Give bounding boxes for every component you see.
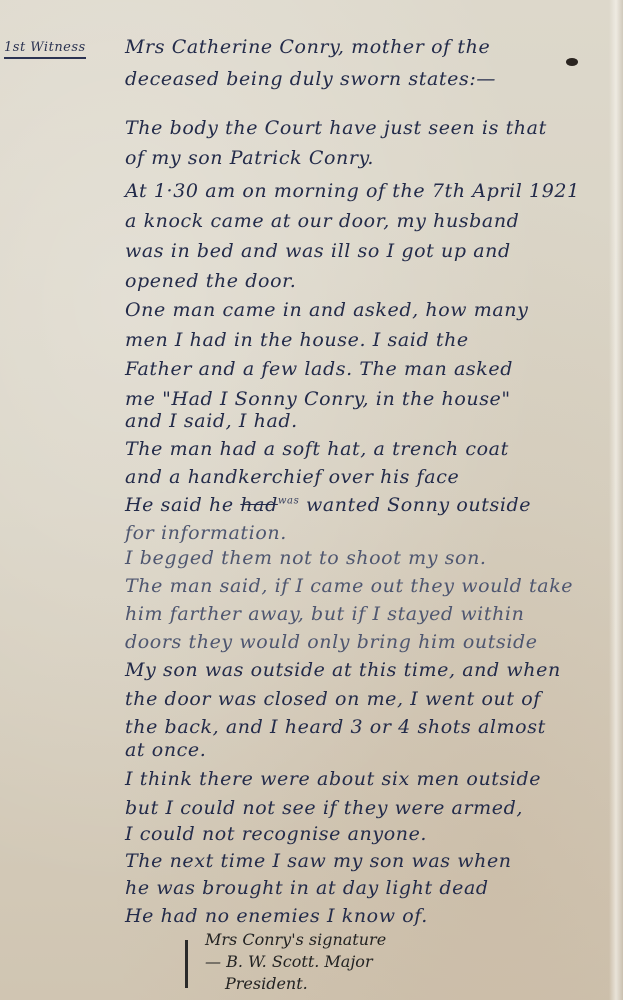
margin-heading: 1st Witness bbox=[4, 40, 86, 59]
signature-line-1: Mrs Conry's signature bbox=[205, 930, 386, 949]
body-line: Father and a few lads. The man asked bbox=[125, 358, 513, 380]
body-line-amended: He said he hadwas wanted Sonny outside bbox=[125, 494, 531, 516]
body-line: a knock came at our door, my husband bbox=[125, 210, 519, 232]
body-line: The next time I saw my son was when bbox=[125, 850, 512, 872]
signature-line-2: — B. W. Scott. Major bbox=[205, 952, 373, 971]
header-line-1: Mrs Catherine Conry, mother of the bbox=[125, 36, 490, 58]
body-line: the door was closed on me, I went out of bbox=[125, 688, 541, 710]
body-line: for information. bbox=[125, 522, 287, 544]
body-line: and I said, I had. bbox=[125, 410, 298, 432]
body-line: I think there were about six men outside bbox=[125, 768, 541, 790]
body-line: One man came in and asked, how many bbox=[125, 299, 528, 321]
body-line: at once. bbox=[125, 739, 206, 761]
body-line: he was brought in at day light dead bbox=[125, 877, 489, 899]
body-line: doors they would only bring him outside bbox=[125, 631, 538, 653]
body-line: of my son Patrick Conry. bbox=[125, 147, 374, 169]
body-line: The man had a soft hat, a trench coat bbox=[125, 438, 509, 460]
signature-bracket bbox=[185, 940, 188, 988]
signature-line-3: President. bbox=[225, 974, 308, 993]
body-line: opened the door. bbox=[125, 270, 296, 292]
body-line: men I had in the house. I said the bbox=[125, 329, 469, 351]
body-line: him farther away, but if I stayed within bbox=[125, 603, 524, 625]
body-line: me "Had I Sonny Conry, in the house" bbox=[125, 388, 511, 410]
body-line-text: wanted Sonny outside bbox=[306, 494, 531, 516]
struck-word: had bbox=[240, 494, 278, 516]
header-line-2: deceased being duly sworn states:— bbox=[125, 68, 496, 90]
body-line: I could not recognise anyone. bbox=[125, 823, 427, 845]
body-line-text: He said he bbox=[125, 494, 234, 516]
body-line: The body the Court have just seen is tha… bbox=[125, 117, 547, 139]
body-line: I begged them not to shoot my son. bbox=[125, 547, 487, 569]
body-line: but I could not see if they were armed, bbox=[125, 797, 523, 819]
page-edge bbox=[609, 0, 623, 1000]
body-line: the back, and I heard 3 or 4 shots almos… bbox=[125, 716, 546, 738]
body-line: My son was outside at this time, and whe… bbox=[125, 659, 561, 681]
body-line: He had no enemies I know of. bbox=[125, 905, 428, 927]
body-line: was in bed and was ill so I got up and bbox=[125, 240, 511, 262]
document-page: 1st Witness Mrs Catherine Conry, mother … bbox=[0, 0, 623, 1000]
body-line: The man said, if I came out they would t… bbox=[125, 575, 573, 597]
body-line: At 1·30 am on morning of the 7th April 1… bbox=[125, 180, 580, 202]
inserted-word: was bbox=[278, 496, 299, 507]
body-line: and a handkerchief over his face bbox=[125, 466, 459, 488]
paper-hole bbox=[566, 58, 578, 66]
